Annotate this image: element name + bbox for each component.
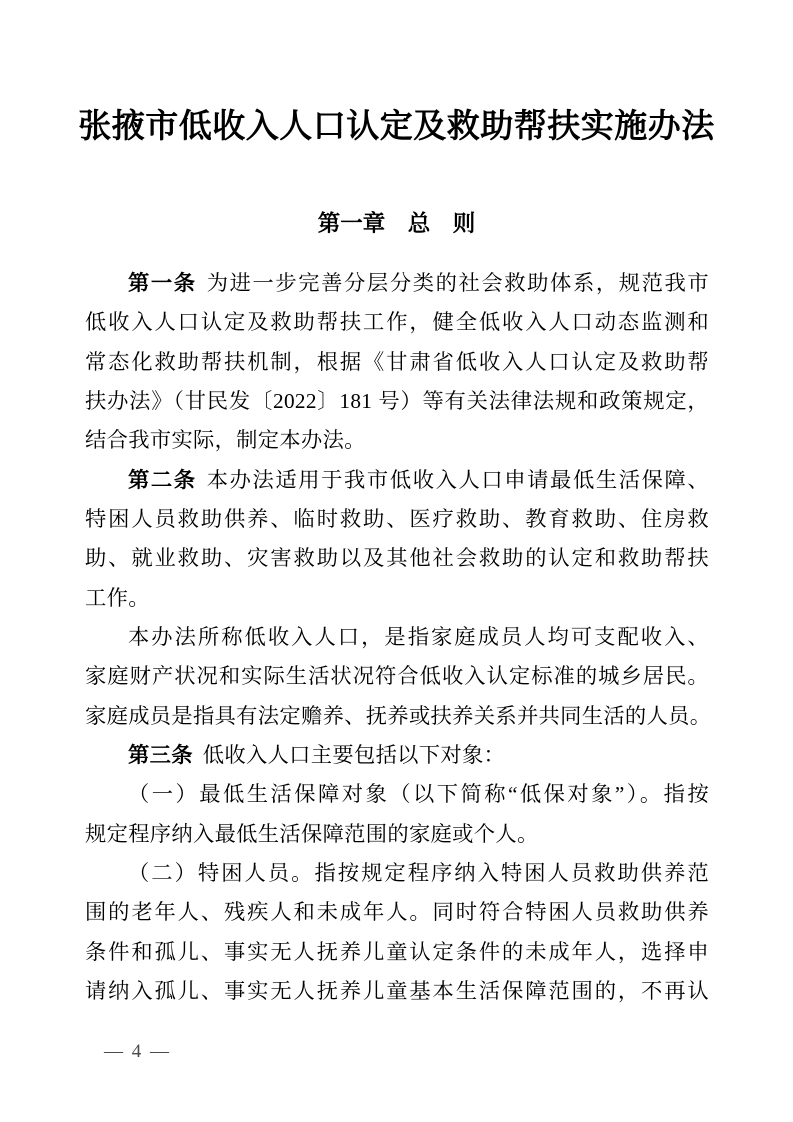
line-text: 请纳入孤儿、事实无人抚养儿童基本生活保障范围的，不再认 — [85, 979, 709, 1003]
body-line: 第二条本办法适用于我市低收入人口申请最低生活保障、 — [85, 461, 709, 500]
line-text: 扶办法》（甘民发〔2022〕181 号）等有关法律法规和政策规定， — [85, 389, 709, 413]
article-number: 第二条 — [128, 468, 197, 492]
line-text: 低收入人口主要包括以下对象： — [203, 743, 505, 767]
line-text: 为进一步完善分层分类的社会救助体系，规范我市 — [207, 271, 709, 295]
body-line: 本办法所称低收入人口，是指家庭成员人均可支配收入、 — [85, 618, 709, 657]
document-page: 张掖市低收入人口认定及救助帮扶实施办法 第一章 总 则 第一条为进一步完善分层分… — [0, 0, 793, 1122]
document-body: 第一条为进一步完善分层分类的社会救助体系，规范我市低收入人口认定及救助帮扶工作，… — [85, 264, 709, 1011]
line-text: 本办法所称低收入人口，是指家庭成员人均可支配收入、 — [128, 625, 709, 649]
line-text: 低收入人口认定及救助帮扶工作，健全低收入人口动态监测和 — [85, 310, 709, 334]
body-line: 条件和孤儿、事实无人抚养儿童认定条件的未成年人，选择申 — [85, 933, 709, 972]
body-line: 家庭财产状况和实际生活状况符合低收入认定标准的城乡居民。 — [85, 657, 709, 696]
line-text: 本办法适用于我市低收入人口申请最低生活保障、 — [207, 468, 709, 492]
line-text: （一）最低生活保障对象（以下简称“低保对象”）。指按 — [128, 782, 709, 806]
body-line: 特困人员救助供养、临时救助、医疗救助、教育救助、住房救 — [85, 500, 709, 539]
body-line: （二）特困人员。指按规定程序纳入特困人员救助供养范 — [85, 854, 709, 893]
body-line: （一）最低生活保障对象（以下简称“低保对象”）。指按 — [85, 775, 709, 814]
chapter-heading: 第一章 总 则 — [0, 209, 793, 239]
document-title: 张掖市低收入人口认定及救助帮扶实施办法 — [0, 106, 793, 148]
line-text: 家庭财产状况和实际生活状况符合低收入认定标准的城乡居民。 — [85, 664, 709, 688]
line-text: 特困人员救助供养、临时救助、医疗救助、教育救助、住房救 — [85, 507, 709, 531]
body-line: 请纳入孤儿、事实无人抚养儿童基本生活保障范围的，不再认 — [85, 972, 709, 1011]
line-text: 助、就业救助、灾害救助以及其他社会救助的认定和救助帮扶 — [85, 546, 709, 570]
body-line: 工作。 — [85, 579, 709, 618]
line-text: 围的老年人、残疾人和未成年人。同时符合特困人员救助供养 — [85, 900, 709, 924]
line-text: 结合我市实际，制定本办法。 — [85, 428, 366, 452]
page-number: — 4 — — [104, 1041, 171, 1063]
line-text: 家庭成员是指具有法定赡养、抚养或扶养关系并共同生活的人员。 — [85, 704, 711, 728]
line-text: 规定程序纳入最低生活保障范围的家庭或个人。 — [85, 822, 539, 846]
body-line: 扶办法》（甘民发〔2022〕181 号）等有关法律法规和政策规定， — [85, 382, 709, 421]
body-line: 助、就业救助、灾害救助以及其他社会救助的认定和救助帮扶 — [85, 539, 709, 578]
article-number: 第一条 — [128, 271, 197, 295]
line-text: 条件和孤儿、事实无人抚养儿童认定条件的未成年人，选择申 — [85, 940, 709, 964]
body-line: 围的老年人、残疾人和未成年人。同时符合特困人员救助供养 — [85, 893, 709, 932]
body-line: 规定程序纳入最低生活保障范围的家庭或个人。 — [85, 815, 709, 854]
body-line: 低收入人口认定及救助帮扶工作，健全低收入人口动态监测和 — [85, 303, 709, 342]
body-line: 常态化救助帮扶机制，根据《甘肃省低收入人口认定及救助帮 — [85, 343, 709, 382]
line-text: 常态化救助帮扶机制，根据《甘肃省低收入人口认定及救助帮 — [85, 350, 709, 374]
body-line: 结合我市实际，制定本办法。 — [85, 421, 709, 460]
body-line: 第三条低收入人口主要包括以下对象： — [85, 736, 709, 775]
line-text: （二）特困人员。指按规定程序纳入特困人员救助供养范 — [128, 861, 709, 885]
article-number: 第三条 — [128, 743, 193, 767]
line-text: 工作。 — [85, 586, 150, 610]
body-line: 第一条为进一步完善分层分类的社会救助体系，规范我市 — [85, 264, 709, 303]
body-line: 家庭成员是指具有法定赡养、抚养或扶养关系并共同生活的人员。 — [85, 697, 709, 736]
